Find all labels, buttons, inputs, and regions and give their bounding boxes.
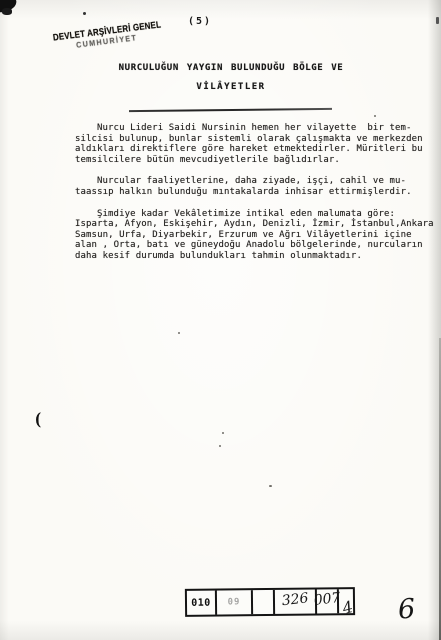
archive-stamp: DEVLET ARŞİVLERİ GENEL CUMHURİYET: [45, 19, 167, 53]
scanned-document-page: DEVLET ARŞİVLERİ GENEL CUMHURİYET (5) NU…: [0, 0, 441, 640]
paragraph-3: Şimdiye kadar Vekâletimize intikal eden …: [75, 209, 437, 262]
document-title-line2: VİLÂYETLER: [110, 82, 352, 92]
stamp-cell-empty: [253, 590, 275, 614]
document-body: Nurcu Lideri Saidi Nursinin hemen her vi…: [75, 123, 437, 273]
paragraph-1: Nurcu Lideri Saidi Nursinin hemen her vi…: [75, 123, 437, 165]
text-line: taassıp halkın bulunduğu mıntakalarda in…: [75, 187, 437, 198]
text-line: daha kesif durumda bulundukları tahmin o…: [75, 251, 437, 262]
scan-corner-blob: [2, 8, 12, 15]
footer-stamp-box: 010 09 326 007 4: [185, 587, 355, 617]
text-line: Samsun, Urfa, Diyarbekir, Erzurum ve Ağr…: [75, 230, 437, 241]
text-line: alan , Orta, batı ve güneydoğu Anadolu b…: [75, 240, 437, 251]
text-line: temsilcilere bütün mevcudiyetlerile bağl…: [75, 155, 437, 166]
text-line: aldıkları direktiflere göre hareket etme…: [75, 144, 437, 155]
scan-speck: [374, 115, 376, 117]
text-line: silcisi bulunup, bunlar sistemli olarak …: [75, 134, 437, 145]
scan-speck: [436, 17, 439, 24]
handwritten-number: 326: [281, 590, 309, 609]
title-underline: [129, 108, 332, 112]
text-line: Isparta, Afyon, Eskişehir, Aydın, Denizl…: [75, 219, 437, 230]
stamp-cell-handwritten: 326: [275, 590, 317, 614]
handwritten-number: 007: [313, 590, 341, 609]
text-line: Şimdiye kadar Vekâletimize intikal eden …: [75, 209, 437, 220]
scan-speck: [222, 432, 224, 434]
scan-speck: [269, 485, 272, 487]
stamp-cell-handwritten: 007: [317, 589, 339, 613]
document-title: NURCULUĞUN YAYGIN BULUNDUĞU BÖLGE VE VİL…: [110, 63, 352, 92]
margin-mark: (: [35, 410, 41, 430]
handwritten-page-number: 6: [397, 593, 416, 625]
scan-speck: [83, 12, 86, 15]
stamp-cell-handwritten: 4: [339, 589, 353, 613]
stamp-cell-printed: 010: [187, 591, 217, 615]
page-number: (5): [188, 16, 212, 27]
scan-speck: [178, 332, 180, 334]
document-title-line1: NURCULUĞUN YAYGIN BULUNDUĞU BÖLGE VE: [110, 63, 352, 73]
text-line: Nurcu Lideri Saidi Nursinin hemen her vi…: [75, 123, 437, 134]
scan-speck: [219, 445, 221, 447]
stamp-cell-printed-faint: 09: [217, 590, 253, 614]
handwritten-number: 4: [340, 597, 355, 618]
text-line: Nurcular faaliyetlerine, daha ziyade, iş…: [75, 176, 437, 187]
paragraph-2: Nurcular faaliyetlerine, daha ziyade, iş…: [75, 176, 437, 197]
